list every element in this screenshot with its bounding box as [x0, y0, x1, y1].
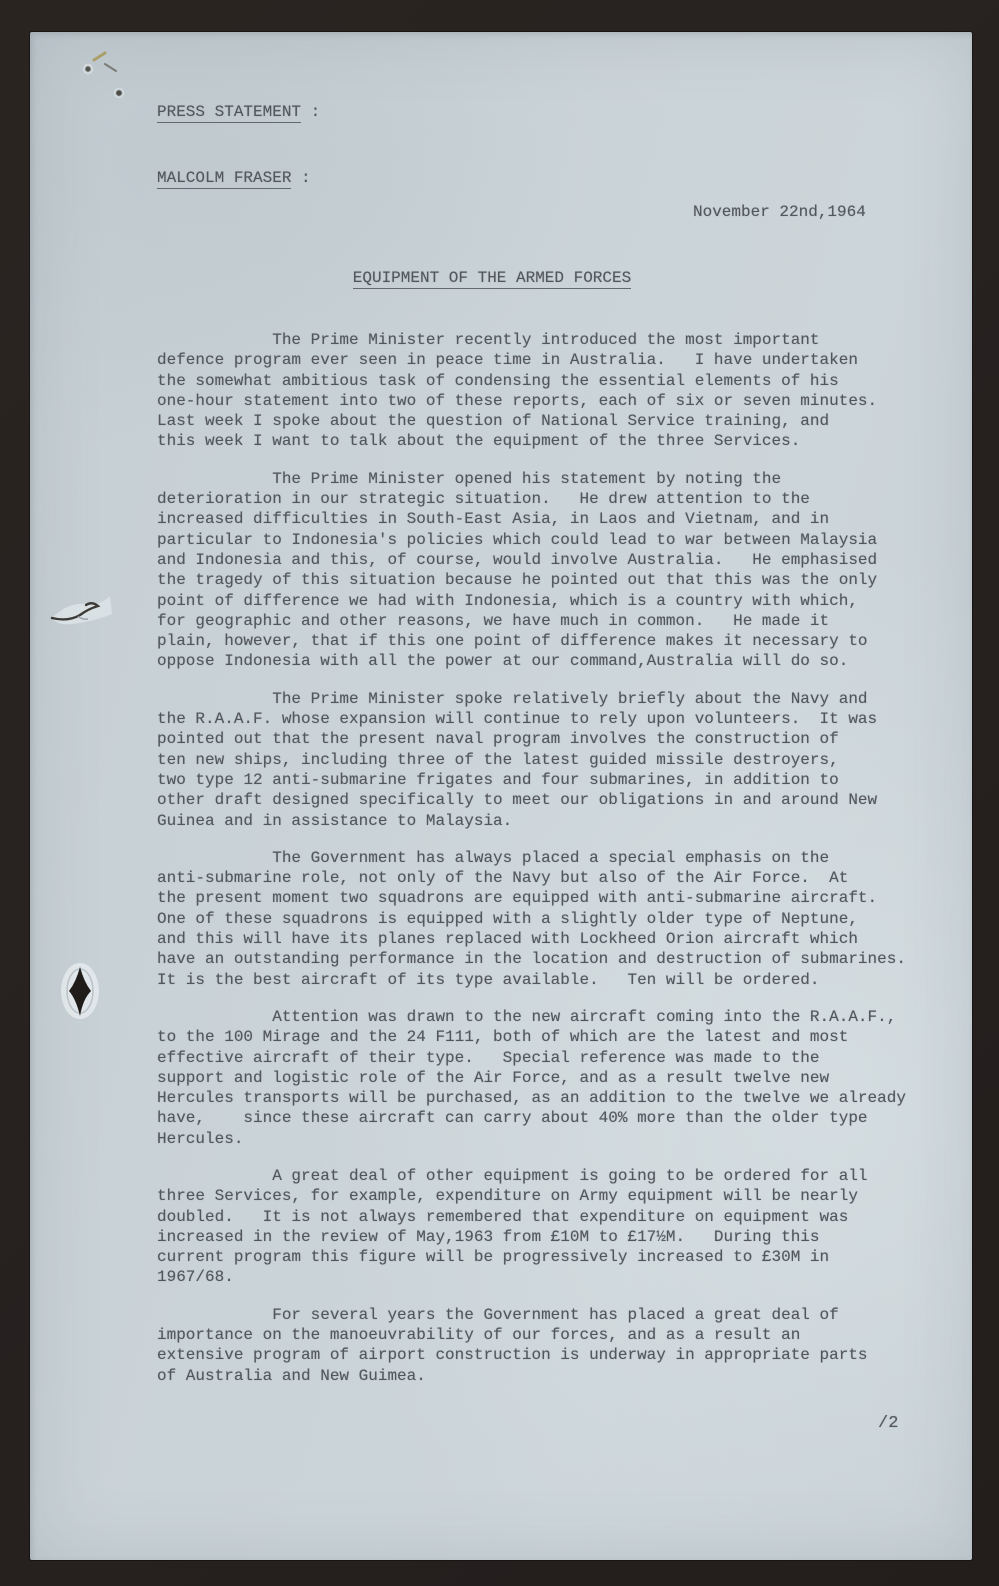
document-title: EQUIPMENT OF THE ARMED FORCES [310, 268, 674, 288]
document-title-text: EQUIPMENT OF THE ARMED FORCES [353, 269, 631, 289]
punch-hole-artifact [58, 958, 102, 1024]
press-statement-colon: : [301, 103, 320, 121]
tear-artifact [48, 584, 118, 636]
staple-marks-artifact [78, 48, 158, 132]
paragraph-intro: The Prime Minister recently introduced t… [157, 330, 957, 452]
author-label: MALCOLM FRASER [157, 169, 291, 189]
document-page: PRESS STATEMENT : MALCOLM FRASER : Novem… [30, 32, 972, 1560]
paragraph-airport-construction: For several years the Government has pla… [157, 1305, 957, 1386]
document-body: The Prime Minister recently introduced t… [157, 330, 957, 1386]
paragraph-equipment-expenditure: A great deal of other equipment is going… [157, 1166, 957, 1288]
scanner-background: { "document": { "header": { "press_state… [0, 0, 999, 1586]
page-marker: /2 [878, 1414, 898, 1434]
author-colon: : [291, 169, 310, 187]
paragraph-new-aircraft: Attention was drawn to the new aircraft … [157, 1007, 957, 1149]
paragraph-navy-raaf: The Prime Minister spoke relatively brie… [157, 689, 957, 831]
paragraph-strategic-situation: The Prime Minister opened his statement … [157, 469, 957, 672]
date-line: November 22nd,1964 [693, 202, 866, 222]
paragraph-anti-submarine: The Government has always placed a speci… [157, 848, 957, 990]
press-statement-label: PRESS STATEMENT [157, 103, 301, 123]
author-heading: MALCOLM FRASER : [157, 168, 311, 188]
press-statement-heading: PRESS STATEMENT : [157, 102, 320, 122]
